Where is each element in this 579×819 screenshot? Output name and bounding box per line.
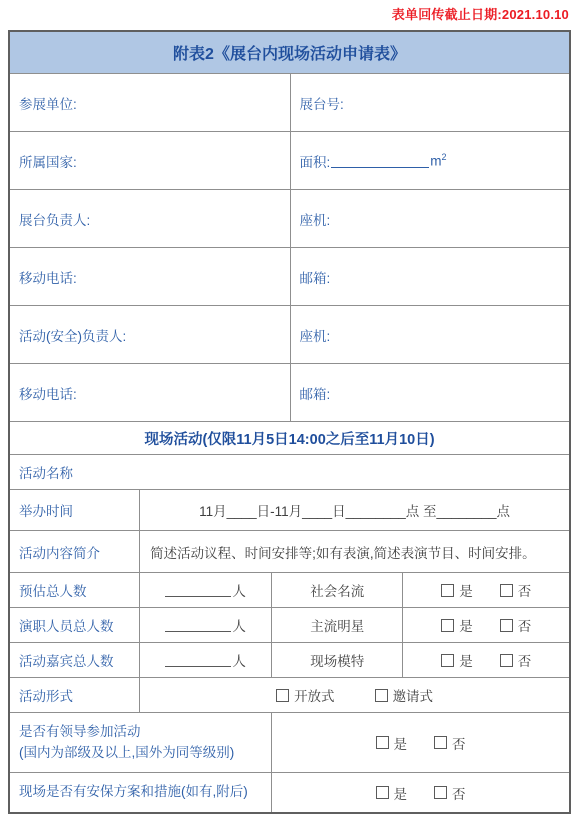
landline-label-2: 座机: — [300, 325, 331, 345]
celebrity-yes-checkbox-icon[interactable] — [441, 584, 454, 597]
schedule-blank-field[interactable]: 11月____日-11月____日________点 至________点 — [199, 500, 510, 520]
info-row-mobile-2: 移动电话: 邮箱: — [10, 363, 569, 421]
booth-number-label: 展台号: — [300, 93, 344, 113]
mobile-label: 移动电话: — [19, 267, 77, 287]
model-yes-checkbox-icon[interactable] — [441, 654, 454, 667]
open-format-checkbox-icon[interactable] — [276, 689, 289, 702]
no-label: 否 — [518, 580, 532, 600]
area-label: 面积: — [300, 151, 331, 171]
leader-attendance-label-line1: 是否有领导参加活动 — [19, 722, 141, 743]
intro-hint-text: 简述活动议程、时间安排等;如有表演,简述表演节目、时间安排。 — [150, 542, 536, 562]
country-label: 所属国家: — [19, 151, 77, 171]
landline-label: 座机: — [300, 209, 331, 229]
no-label: 否 — [518, 615, 532, 635]
performers-total-blank-field[interactable] — [165, 618, 231, 632]
invite-format-checkbox-icon[interactable] — [375, 689, 388, 702]
section-title: 现场活动(仅限11月5日14:00之后至11月10日) — [144, 428, 434, 449]
activity-format-label: 活动形式 — [19, 685, 73, 705]
people-row-performers: 演职人员总人数 人 主流明星 是 否 — [10, 607, 569, 642]
exhibitor-label: 参展单位: — [19, 93, 77, 113]
yes-label: 是 — [459, 580, 473, 600]
leader-attendance-label-line2: (国内为部级及以上,国外为同等级别) — [19, 743, 234, 764]
yes-label: 是 — [459, 615, 473, 635]
leader-attendance-row: 是否有领导参加活动 (国内为部级及以上,国外为同等级别) 是 否 — [10, 712, 569, 772]
booth-manager-label: 展台负责人: — [19, 209, 90, 229]
performers-total-label: 演职人员总人数 — [19, 615, 114, 635]
no-label: 否 — [452, 733, 466, 753]
security-plan-label: 现场是否有安保方案和措施(如有,附后) — [19, 782, 248, 803]
info-row-booth-manager: 展台负责人: 座机: — [10, 189, 569, 247]
model-label: 现场模特 — [310, 650, 364, 670]
leader-no-checkbox-icon[interactable] — [434, 736, 447, 749]
schedule-row: 举办时间 11月____日-11月____日________点 至_______… — [10, 489, 569, 530]
deadline-note: 表单回传截止日期:2021.10.10 — [392, 4, 569, 23]
area-unit: m2 — [430, 152, 446, 169]
yes-label: 是 — [394, 733, 408, 753]
info-row-mobile-1: 移动电话: 邮箱: — [10, 247, 569, 305]
star-label: 主流明星 — [310, 615, 364, 635]
form-title-row: 附表2《展台内现场活动申请表》 — [10, 32, 569, 73]
activity-name-label: 活动名称 — [19, 462, 73, 482]
info-row-exhibitor: 参展单位: 展台号: — [10, 73, 569, 131]
star-yes-checkbox-icon[interactable] — [441, 619, 454, 632]
mobile-label-2: 移动电话: — [19, 383, 77, 403]
star-no-checkbox-icon[interactable] — [500, 619, 513, 632]
leader-yes-checkbox-icon[interactable] — [376, 736, 389, 749]
celebrity-label: 社会名流 — [310, 580, 364, 600]
email-label-2: 邮箱: — [300, 383, 331, 403]
info-row-country: 所属国家: 面积: m2 — [10, 131, 569, 189]
yes-label: 是 — [394, 783, 408, 803]
people-unit: 人 — [232, 615, 246, 635]
email-label: 邮箱: — [300, 267, 331, 287]
info-row-activity-manager: 活动(安全)负责人: 座机: — [10, 305, 569, 363]
open-format-label: 开放式 — [294, 685, 335, 705]
activity-name-row: 活动名称 — [10, 454, 569, 489]
no-label: 否 — [452, 783, 466, 803]
guests-total-label: 活动嘉宾总人数 — [19, 650, 114, 670]
guests-total-blank-field[interactable] — [165, 653, 231, 667]
onsite-activity-section-header: 现场活动(仅限11月5日14:00之后至11月10日) — [10, 421, 569, 454]
security-yes-checkbox-icon[interactable] — [376, 786, 389, 799]
intro-label: 活动内容简介 — [19, 542, 100, 562]
security-no-checkbox-icon[interactable] — [434, 786, 447, 799]
security-plan-row: 现场是否有安保方案和措施(如有,附后) 是 否 — [10, 772, 569, 812]
people-unit: 人 — [232, 650, 246, 670]
model-no-checkbox-icon[interactable] — [500, 654, 513, 667]
area-blank-field[interactable] — [331, 154, 429, 168]
estimated-total-blank-field[interactable] — [165, 583, 231, 597]
intro-row: 活动内容简介 简述活动议程、时间安排等;如有表演,简述表演节目、时间安排。 — [10, 530, 569, 572]
form-title: 附表2《展台内现场活动申请表》 — [173, 41, 406, 64]
activity-format-row: 活动形式 开放式 邀请式 — [10, 677, 569, 712]
schedule-label: 举办时间 — [19, 500, 73, 520]
application-form-table: 附表2《展台内现场活动申请表》 参展单位: 展台号: 所属国家: 面积: m2 … — [8, 30, 571, 814]
celebrity-no-checkbox-icon[interactable] — [500, 584, 513, 597]
invite-format-label: 邀请式 — [393, 685, 434, 705]
activity-safety-manager-label: 活动(安全)负责人: — [19, 325, 126, 345]
no-label: 否 — [518, 650, 532, 670]
estimated-total-label: 预估总人数 — [19, 580, 87, 600]
people-unit: 人 — [232, 580, 246, 600]
people-row-estimated: 预估总人数 人 社会名流 是 否 — [10, 572, 569, 607]
people-row-guests: 活动嘉宾总人数 人 现场模特 是 否 — [10, 642, 569, 677]
yes-label: 是 — [459, 650, 473, 670]
